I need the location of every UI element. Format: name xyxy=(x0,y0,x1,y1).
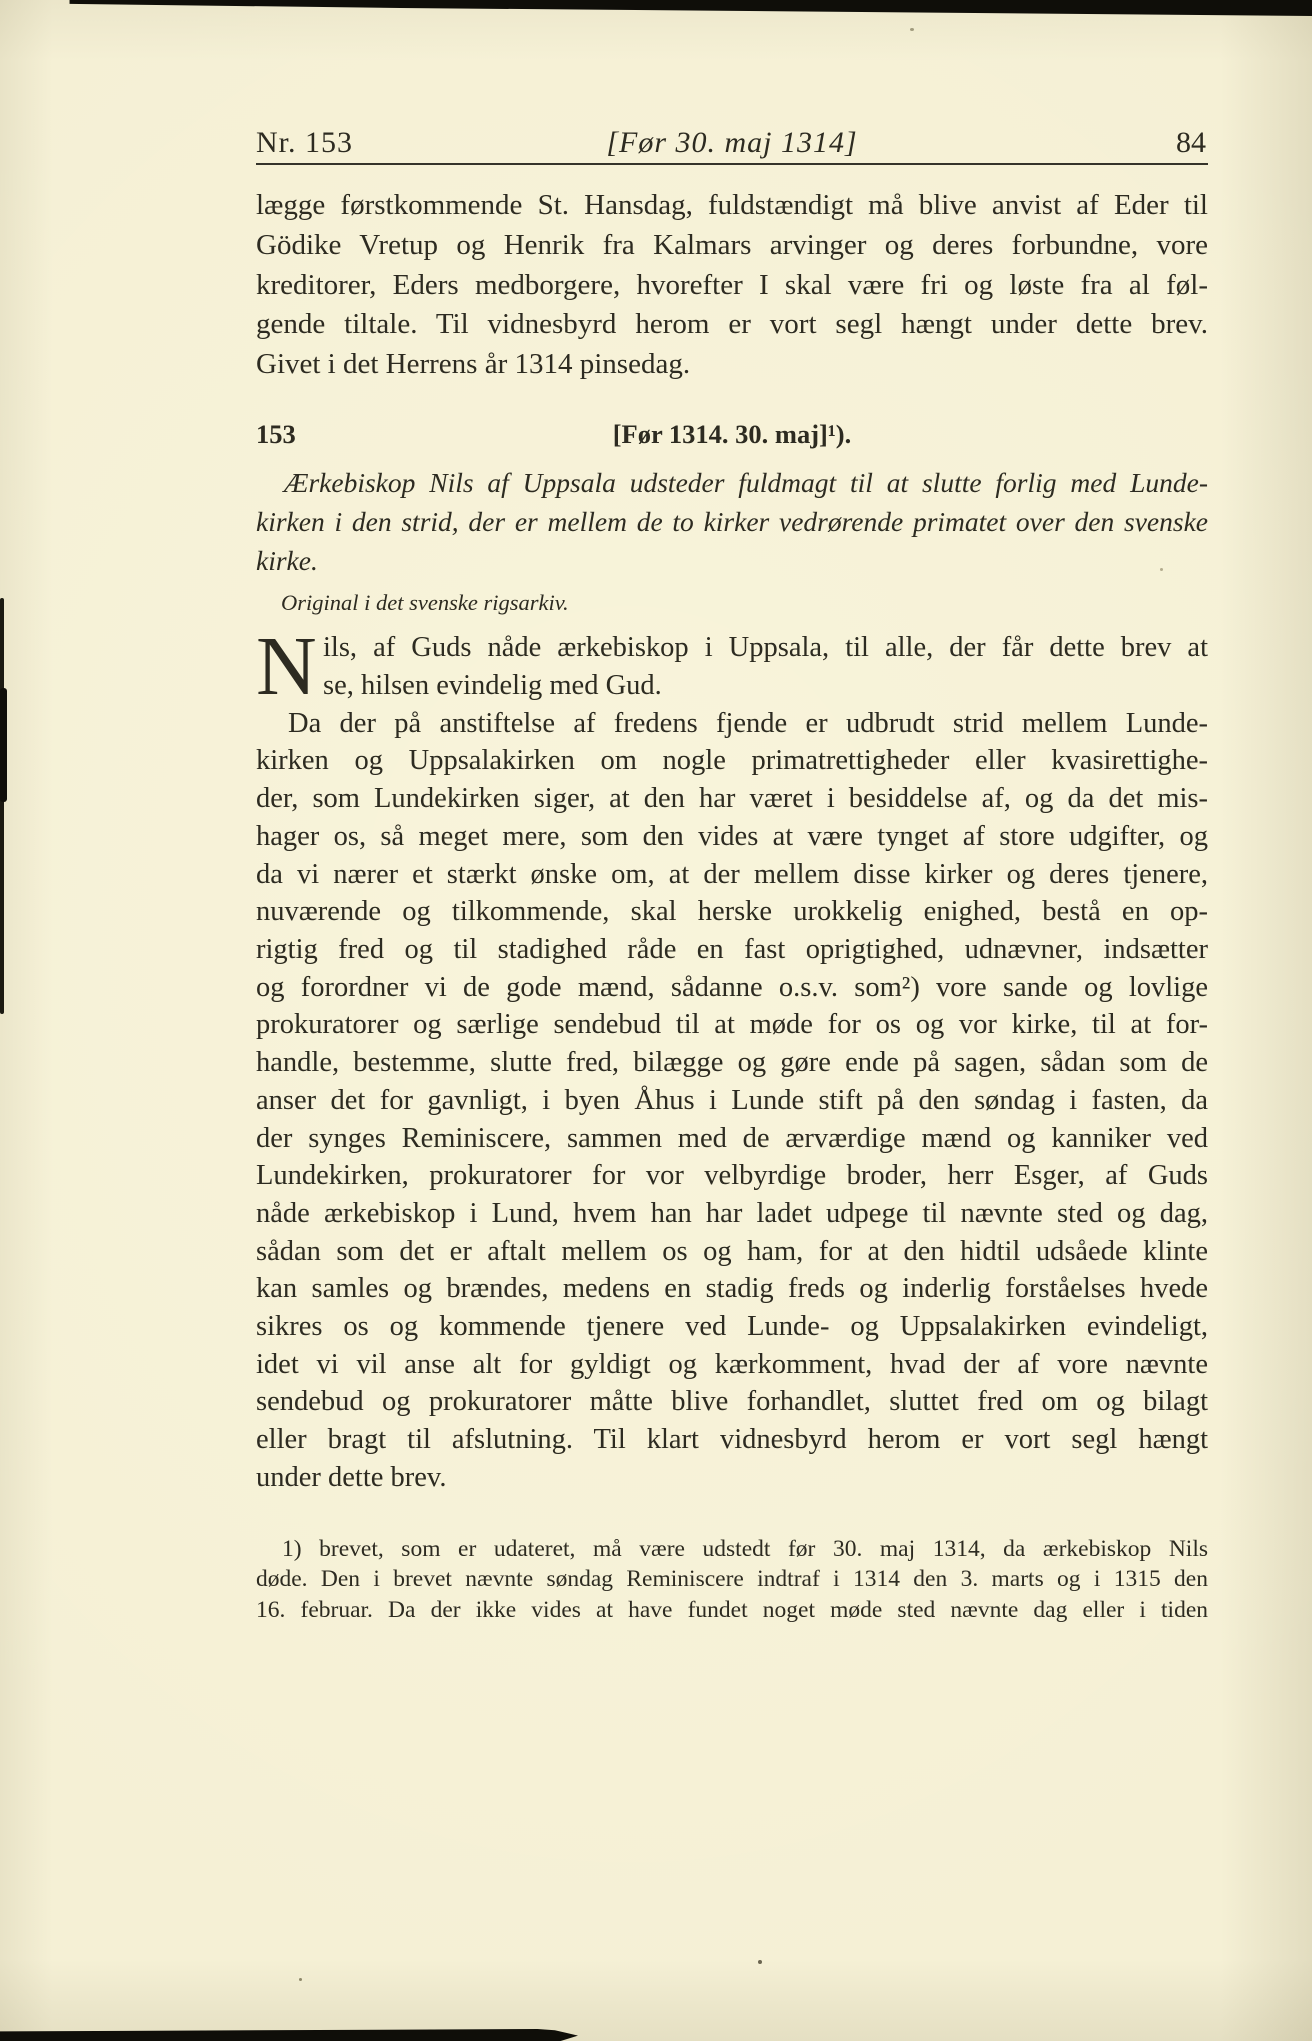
text-line: der synges Reminiscere, sammen med de ær… xyxy=(256,1120,1208,1158)
document-body-paragraph: Da der på anstiftelse af fredens fjende … xyxy=(256,705,1208,1497)
scan-artifact-left-blob xyxy=(0,688,7,802)
drop-cap-initial: N xyxy=(256,632,316,704)
text-line: kirken og Uppsalakirken om nogle primatr… xyxy=(256,742,1208,780)
text-line: sådan som det er aftalt mellem os og ham… xyxy=(256,1233,1208,1271)
text-line: prokuratorer og særlige sendebud til at … xyxy=(256,1006,1208,1044)
document-summary: Ærkebiskop Nils af Uppsala udsteder fuld… xyxy=(256,464,1208,580)
text-line: nuværende og tilkommende, skal herske ur… xyxy=(256,893,1208,931)
text-line: nåde ærkebiskop i Lund, hvem han har lad… xyxy=(256,1195,1208,1233)
text-line: hager os, så meget mere, som den vides a… xyxy=(256,818,1208,856)
scan-artifact-left-line xyxy=(0,598,4,1014)
text-line: ils, af Guds nåde ærkebiskop i Uppsala, … xyxy=(256,629,1208,667)
text-line: gende tiltale. Til vidnesbyrd herom er v… xyxy=(256,305,1208,345)
text-line: lægge førstkommende St. Hansdag, fuldstæ… xyxy=(256,186,1208,226)
text-line: kirken i den strid, der er mellem de to … xyxy=(256,503,1208,542)
text-line: Lundekirken, prokuratorer for vor velbyr… xyxy=(256,1157,1208,1195)
document-heading-row: 153 [Før 1314. 30. maj]¹). xyxy=(256,415,1208,455)
document-date-heading: [Før 1314. 30. maj]¹). xyxy=(256,415,1208,453)
text-line: eller bragt til afslutning. Til klart vi… xyxy=(256,1421,1208,1459)
text-line: Gödike Vretup og Henrik fra Kalmars arvi… xyxy=(256,226,1208,266)
text-line: og forordner vi de gode mænd, sådanne o.… xyxy=(256,969,1208,1007)
text-line: idet vi vil anse alt for gyldigt og kærk… xyxy=(256,1346,1208,1384)
header-rule xyxy=(256,163,1208,165)
text-line: kirke. xyxy=(256,542,1208,581)
source-note: Original i det svenske rigsarkiv. xyxy=(281,589,1208,617)
document-body-intro: Nils, af Guds nåde ærkebiskop i Uppsala,… xyxy=(256,629,1208,704)
text-line: sendebud og prokuratorer måtte blive for… xyxy=(256,1383,1208,1421)
text-line: kan samles og brændes, medens en stadig … xyxy=(256,1270,1208,1308)
paper-speck xyxy=(758,1960,762,1964)
text-line: under dette brev. xyxy=(256,1459,1208,1497)
text-line: da vi nærer et stærkt ønske om, at der m… xyxy=(256,856,1208,894)
text-line: Da der på anstiftelse af fredens fjende … xyxy=(256,705,1208,743)
header-date-range: [Før 30. maj 1314] xyxy=(256,126,1208,160)
paper-speck xyxy=(299,1978,302,1981)
text-block: Nr. 153 [Før 30. maj 1314] 84 lægge førs… xyxy=(256,0,1208,1625)
text-line: 16. februar. Da der ikke vides at have f… xyxy=(256,1595,1208,1626)
scanned-book-page: { "colors":{ "paper":"#f5f0d5", "ink":"#… xyxy=(0,0,1312,2041)
text-line: døde. Den i brevet nævnte søndag Reminis… xyxy=(256,1564,1208,1595)
footnote-paragraph: 1) brevet, som er udateret, må være udst… xyxy=(256,1534,1208,1626)
text-line: Givet i det Herrens år 1314 pinsedag. xyxy=(256,345,1208,385)
page-header: Nr. 153 [Før 30. maj 1314] 84 xyxy=(256,126,1208,163)
text-line: sikres os og kommende tjenere ved Lunde-… xyxy=(256,1308,1208,1346)
text-line: kreditorer, Eders medborgere, hvorefter … xyxy=(256,266,1208,306)
text-line: se, hilsen evindelig med Gud. xyxy=(256,667,1208,705)
text-line: der, som Lundekirken siger, at den har v… xyxy=(256,780,1208,818)
text-line: handle, bestemme, slutte fred, bilægge o… xyxy=(256,1044,1208,1082)
text-line: anser det for gavnligt, i byen Åhus i Lu… xyxy=(256,1082,1208,1120)
text-line: 1) brevet, som er udateret, må være udst… xyxy=(256,1534,1208,1565)
page-number: 84 xyxy=(1176,126,1206,160)
text-line: rigtig fred og til stadighed råde en fas… xyxy=(256,931,1208,969)
text-line: Ærkebiskop Nils af Uppsala udsteder fuld… xyxy=(256,464,1208,503)
continuation-paragraph: lægge førstkommende St. Hansdag, fuldstæ… xyxy=(256,186,1208,385)
